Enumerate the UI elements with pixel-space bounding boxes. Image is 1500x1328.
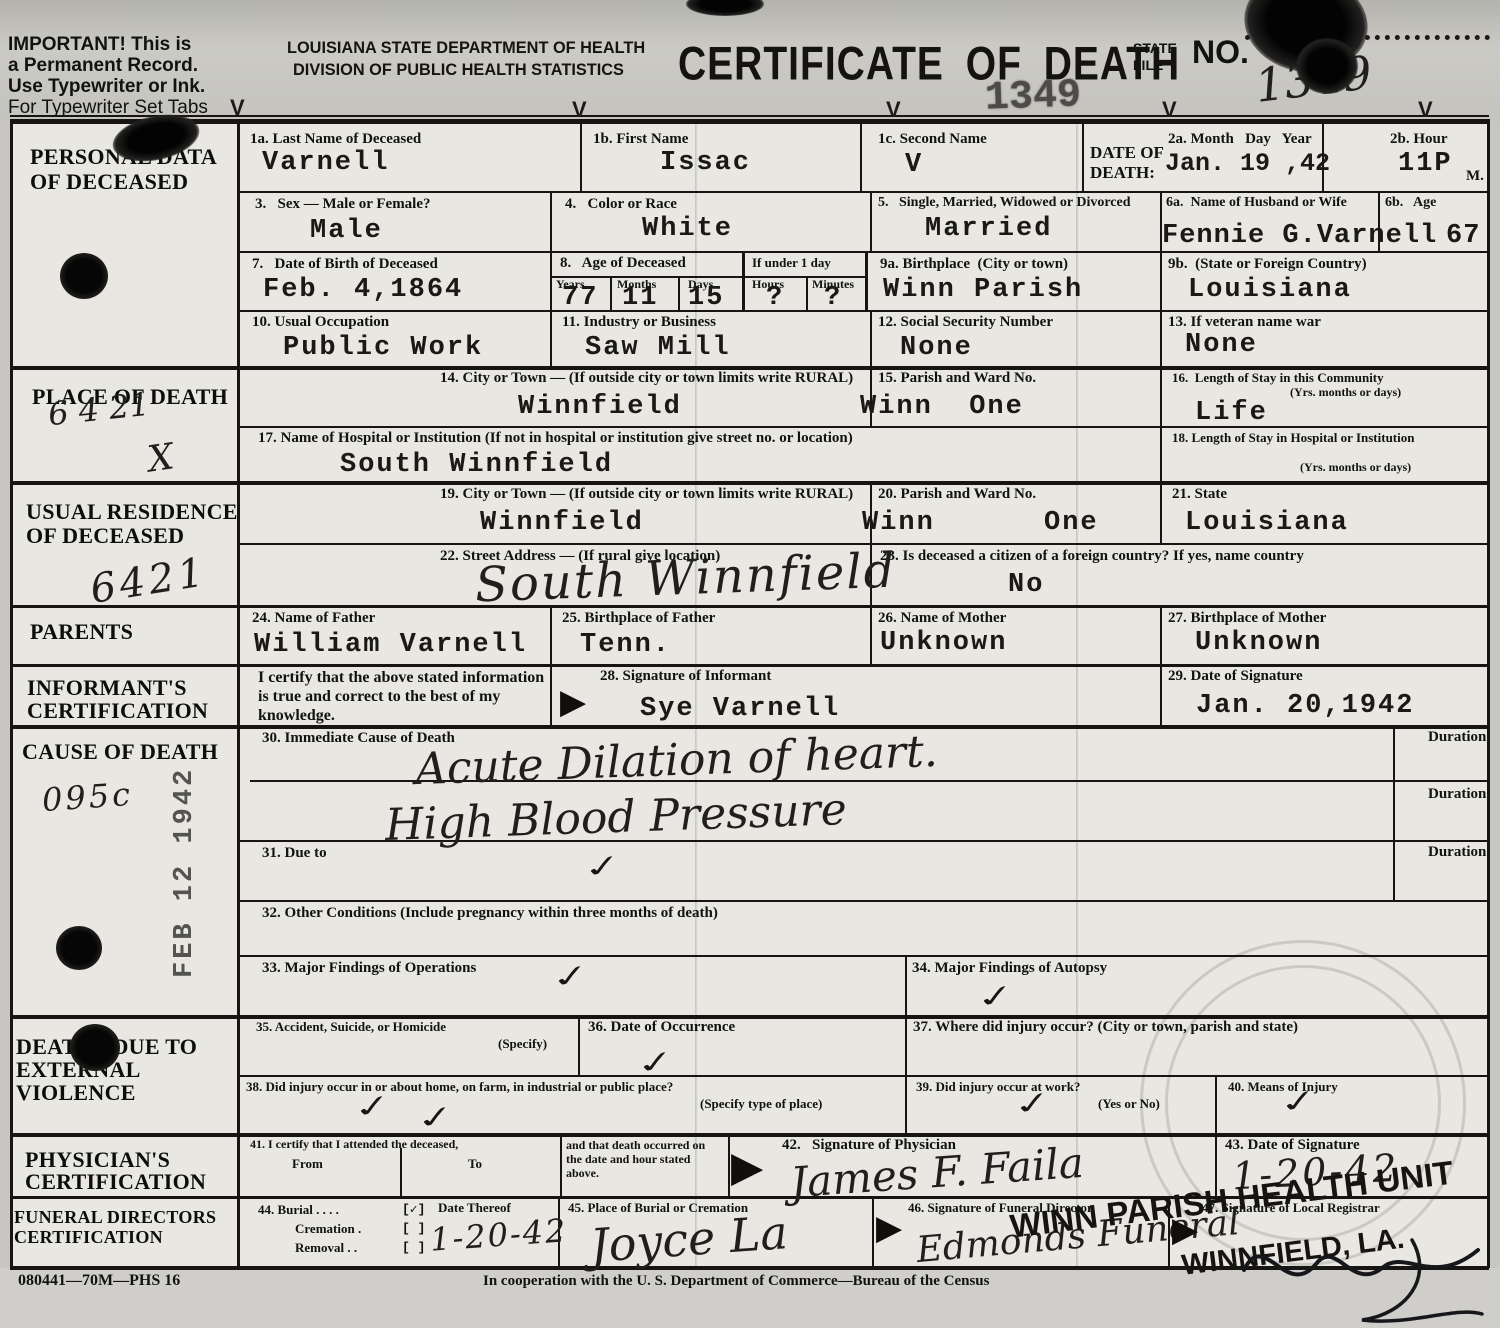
duration-label-3: Duration bbox=[1428, 844, 1486, 862]
field-26-value: Unknown bbox=[880, 628, 1007, 658]
section-physician-line2: CERTIFICATION bbox=[25, 1170, 206, 1194]
field-8-months-value: 11 bbox=[622, 283, 658, 313]
section-violence-line3: VIOLENCE bbox=[16, 1081, 136, 1105]
section-cause-of-death: CAUSE OF DEATH bbox=[22, 740, 218, 764]
field-27-label: 27. Birthplace of Mother bbox=[1168, 610, 1326, 628]
field-21-label: 21. State bbox=[1172, 486, 1227, 504]
section-residence-line1: USUAL RESIDENCE bbox=[26, 500, 238, 524]
field-10-label: 10. Usual Occupation bbox=[252, 314, 389, 332]
field-10-value: Public Work bbox=[283, 333, 483, 363]
field-39-label: 39. Did injury occur at work? bbox=[916, 1079, 1080, 1094]
grid-line bbox=[872, 1196, 874, 1266]
field-11-value: Saw Mill bbox=[585, 333, 731, 363]
field-16-value: Life bbox=[1195, 398, 1268, 428]
field-9b-value: Louisiana bbox=[1188, 275, 1352, 305]
field-32-label: 32. Other Conditions (Include pregnancy … bbox=[262, 905, 718, 923]
field-41-and-text: and that death occurred on the date and … bbox=[566, 1138, 724, 1180]
field-39-sub: (Yes or No) bbox=[1098, 1096, 1160, 1111]
field-35-sub: (Specify) bbox=[498, 1036, 547, 1051]
field-17-value: South Winnfield bbox=[340, 450, 613, 480]
grid-line bbox=[578, 1015, 580, 1075]
field-41-to-label: To bbox=[468, 1156, 482, 1171]
field-24-value: William Varnell bbox=[254, 630, 527, 660]
field-41-label: 41. I certify that I attended the deceas… bbox=[250, 1137, 560, 1151]
grid-line bbox=[237, 900, 1489, 902]
minutes-value: ? bbox=[824, 283, 842, 313]
certificate-title: CERTIFICATE OF DEATH bbox=[678, 38, 1180, 92]
field-33-label: 33. Major Findings of Operations bbox=[262, 960, 476, 978]
field-16-sub: (Yrs. months or days) bbox=[1290, 385, 1401, 399]
if-under-1-day-label: If under 1 day bbox=[752, 255, 831, 270]
field-25-value: Tenn. bbox=[580, 630, 671, 660]
grid-line bbox=[237, 426, 1489, 428]
important-notice-line3: Use Typewriter or Ink. bbox=[8, 76, 205, 98]
grid-line bbox=[1160, 310, 1162, 366]
grid-line bbox=[905, 955, 907, 1015]
field-34-label: 34. Major Findings of Autopsy bbox=[912, 960, 1107, 978]
field-1b-value: Issac bbox=[660, 148, 751, 178]
field-7-value: Feb. 4,1864 bbox=[263, 275, 463, 305]
field-8-years-value: 77 bbox=[562, 283, 598, 313]
registrar-signature bbox=[1230, 1222, 1490, 1328]
grid-line bbox=[237, 119, 240, 1268]
grid-line bbox=[237, 251, 1489, 253]
field-6a-value: Fennie G.Varnell bbox=[1162, 221, 1437, 251]
date-of-death-label1: DATE OF bbox=[1090, 143, 1164, 163]
field-9a-label: 9a. Birthplace (City or town) bbox=[880, 256, 1068, 274]
field-38-sub: (Specify type of place) bbox=[700, 1096, 822, 1111]
field-23-label: 23. Is deceased a citizen of a foreign c… bbox=[880, 548, 1304, 566]
form-number: 080441—70M—PHS 16 bbox=[18, 1272, 180, 1291]
received-date-stamp: FEB 12 1942 bbox=[170, 767, 200, 978]
field-28-value: Sye Varnell bbox=[640, 694, 840, 724]
grid-line bbox=[10, 605, 1489, 608]
grid-line bbox=[10, 481, 1489, 485]
section-funeral-line1: FUNERAL DIRECTORS bbox=[14, 1208, 216, 1228]
field-6b-label: 6b. Age bbox=[1385, 195, 1436, 212]
field-44-burial-label: 44. Burial . . . . bbox=[258, 1202, 339, 1217]
grid-line bbox=[550, 191, 552, 366]
field-26-label: 26. Name of Mother bbox=[878, 610, 1006, 628]
state-label: STATE bbox=[1133, 40, 1177, 57]
margin-x-mark: X bbox=[145, 436, 176, 480]
grid-line bbox=[678, 276, 680, 310]
field-27-value: Unknown bbox=[1195, 628, 1322, 658]
signature-arrow-icon: ▶ bbox=[731, 1142, 763, 1191]
grid-line bbox=[10, 119, 13, 1268]
grid-line bbox=[610, 276, 612, 310]
field-5-label: 5. Single, Married, Widowed or Divorced bbox=[878, 195, 1131, 212]
field-38-label: 38. Did injury occur in or about home, o… bbox=[246, 1079, 876, 1094]
hole-punch bbox=[70, 1024, 120, 1071]
cremation-checkbox: [ ] bbox=[402, 1221, 425, 1236]
grid-line bbox=[10, 664, 1489, 667]
tab-mark-v2: V bbox=[572, 97, 587, 123]
field-1a-value: Varnell bbox=[262, 148, 389, 178]
file-label: FILE bbox=[1133, 57, 1163, 74]
field-2b-value: 11P bbox=[1398, 149, 1453, 179]
field-8-days-value: 15 bbox=[688, 283, 724, 313]
field-2a-value: Jan. 19 ,42 bbox=[1165, 149, 1330, 178]
grid-line bbox=[237, 1075, 1489, 1077]
field-2a-label: 2a. Month Day Year bbox=[1168, 131, 1312, 149]
tab-mark-v5: V bbox=[1418, 97, 1433, 123]
date-of-death-label2: DEATH: bbox=[1090, 163, 1155, 183]
section-informant-line1: INFORMANT'S bbox=[27, 676, 187, 700]
informant-certify-text: I certify that the above stated informat… bbox=[258, 669, 558, 726]
field-44-date-label: Date Thereof bbox=[438, 1200, 511, 1215]
field-14-value: Winnfield bbox=[518, 392, 682, 422]
field-2b-label: 2b. Hour bbox=[1390, 131, 1448, 149]
field-14-label: 14. City or Town — (If outside city or t… bbox=[440, 370, 853, 388]
field-20-label: 20. Parish and Ward No. bbox=[878, 486, 1036, 504]
grid-line bbox=[1160, 366, 1162, 481]
field-19-label: 19. City or Town — (If outside city or t… bbox=[440, 486, 853, 504]
field-16-label: 16. Length of Stay in this Community bbox=[1172, 370, 1384, 385]
cooperation-note: In cooperation with the U. S. Department… bbox=[483, 1273, 989, 1291]
field-29-value: Jan. 20,1942 bbox=[1196, 691, 1414, 721]
field-1a-label: 1a. Last Name of Deceased bbox=[250, 131, 421, 149]
field-13-value: None bbox=[1185, 330, 1258, 360]
field-17-label: 17. Name of Hospital or Institution (If … bbox=[258, 430, 853, 448]
field-1c-label: 1c. Second Name bbox=[878, 131, 987, 149]
grid-line bbox=[728, 1133, 730, 1196]
field-11-label: 11. Industry or Business bbox=[562, 314, 716, 332]
section-parents: PARENTS bbox=[30, 620, 133, 644]
field-3-label: 3. Sex — Male or Female? bbox=[255, 196, 431, 214]
grid-line bbox=[1160, 664, 1162, 725]
field-8-label: 8. Age of Deceased bbox=[560, 255, 686, 273]
tab-mark-v1: V bbox=[230, 95, 245, 121]
grid-line bbox=[10, 725, 1489, 729]
signature-arrow-icon: ▶ bbox=[876, 1208, 902, 1248]
field-28-label: 28. Signature of Informant bbox=[600, 668, 771, 686]
grid-line bbox=[905, 1015, 907, 1075]
burial-checkbox: [✓] bbox=[402, 1202, 425, 1217]
grid-line bbox=[870, 191, 872, 251]
field-31-label: 31. Due to bbox=[262, 845, 327, 863]
field-37-label: 37. Where did injury occur? (City or tow… bbox=[913, 1019, 1298, 1037]
field-2b-m-label: M. bbox=[1466, 168, 1484, 186]
grid-line bbox=[742, 251, 745, 310]
field-3-value: Male bbox=[310, 216, 383, 246]
grid-line bbox=[870, 310, 872, 366]
department-line2: DIVISION OF PUBLIC HEALTH STATISTICS bbox=[293, 60, 624, 80]
section-funeral-line2: CERTIFICATION bbox=[14, 1228, 163, 1248]
field-21-value: Louisiana bbox=[1185, 508, 1349, 538]
hole-punch bbox=[56, 926, 102, 970]
margin-cause-code: 095c bbox=[41, 775, 134, 819]
field-12-label: 12. Social Security Number bbox=[878, 314, 1053, 332]
grid-line bbox=[1082, 124, 1084, 191]
duration-label-1: Duration bbox=[1428, 729, 1486, 747]
section-personal-line2: OF DECEASED bbox=[30, 170, 188, 194]
field-9b-label: 9b. (State or Foreign Country) bbox=[1168, 256, 1367, 274]
field-20-value: Winn One bbox=[862, 508, 1099, 538]
grid-line bbox=[1487, 119, 1490, 1268]
death-certificate-scan: IMPORTANT! This is a Permanent Record. U… bbox=[0, 0, 1500, 1328]
department-line1: LOUISIANA STATE DEPARTMENT OF HEALTH bbox=[287, 38, 645, 58]
grid-line bbox=[1160, 481, 1162, 543]
grid-line bbox=[1215, 1075, 1217, 1133]
field-23-value: No bbox=[1008, 570, 1044, 600]
grid-line bbox=[1393, 725, 1395, 900]
section-residence-line2: OF DECEASED bbox=[26, 524, 184, 548]
field-6a-label: 6a. Name of Husband or Wife bbox=[1166, 195, 1347, 212]
field-44-removal-label: Removal . . bbox=[295, 1240, 357, 1255]
field-35-label: 35. Accident, Suicide, or Homicide bbox=[256, 1019, 576, 1034]
grid-line bbox=[237, 955, 1489, 957]
field-12-value: None bbox=[900, 333, 973, 363]
field-24-label: 24. Name of Father bbox=[252, 610, 375, 628]
ink-blot bbox=[1296, 38, 1358, 94]
grid-line bbox=[560, 1133, 562, 1196]
grid-line bbox=[1160, 251, 1162, 310]
field-5-value: Married bbox=[925, 214, 1052, 244]
important-notice-line2: a Permanent Record. bbox=[8, 55, 198, 77]
grid-line bbox=[860, 124, 862, 191]
hours-value: ? bbox=[766, 283, 784, 313]
field-4-label: 4. Color or Race bbox=[565, 196, 677, 214]
grid-line bbox=[400, 1148, 402, 1196]
field-29-label: 29. Date of Signature bbox=[1168, 668, 1303, 686]
field-19-value: Winnfield bbox=[480, 508, 644, 538]
field-1b-label: 1b. First Name bbox=[593, 131, 688, 149]
no-label: NO. bbox=[1192, 34, 1249, 72]
field-7-label: 7. Date of Birth of Deceased bbox=[252, 256, 438, 274]
grid-line bbox=[806, 276, 808, 310]
grid-line bbox=[237, 191, 1489, 193]
field-25-label: 25. Birthplace of Father bbox=[562, 610, 715, 628]
field-18-label: 18. Length of Stay in Hospital or Instit… bbox=[1172, 430, 1472, 445]
duration-label-2: Duration bbox=[1428, 786, 1486, 804]
field-4-value: White bbox=[642, 214, 733, 244]
field-6b-value: 67 bbox=[1446, 221, 1480, 251]
field-36-label: 36. Date of Occurrence bbox=[588, 1019, 735, 1037]
tab-mark-v4: V bbox=[1162, 97, 1177, 123]
section-informant-line2: CERTIFICATION bbox=[27, 699, 208, 723]
field-1c-value: V bbox=[905, 150, 923, 180]
grid-line bbox=[870, 605, 872, 664]
removal-checkbox: [ ] bbox=[402, 1240, 425, 1255]
field-15-label: 15. Parish and Ward No. bbox=[878, 370, 1036, 388]
field-44-cremation-label: Cremation . bbox=[295, 1221, 361, 1236]
signature-arrow-icon: ▶ bbox=[560, 682, 586, 722]
grid-line bbox=[1160, 605, 1162, 664]
field-18-sub: (Yrs. months or days) bbox=[1300, 460, 1411, 474]
hole-punch bbox=[60, 253, 108, 299]
important-notice-line1: IMPORTANT! This is bbox=[8, 34, 191, 56]
tab-mark-v3: V bbox=[886, 97, 901, 123]
grid-line bbox=[865, 251, 868, 310]
grid-line bbox=[237, 310, 1489, 312]
field-41-from-label: From bbox=[292, 1156, 323, 1171]
grid-line bbox=[580, 124, 582, 191]
field-15-value: Winn One bbox=[860, 392, 1024, 422]
grid-line bbox=[905, 1075, 907, 1133]
grid-line bbox=[550, 605, 552, 664]
field-9a-value: Winn Parish bbox=[883, 275, 1083, 305]
stamped-file-number: 1349 bbox=[984, 73, 1082, 121]
